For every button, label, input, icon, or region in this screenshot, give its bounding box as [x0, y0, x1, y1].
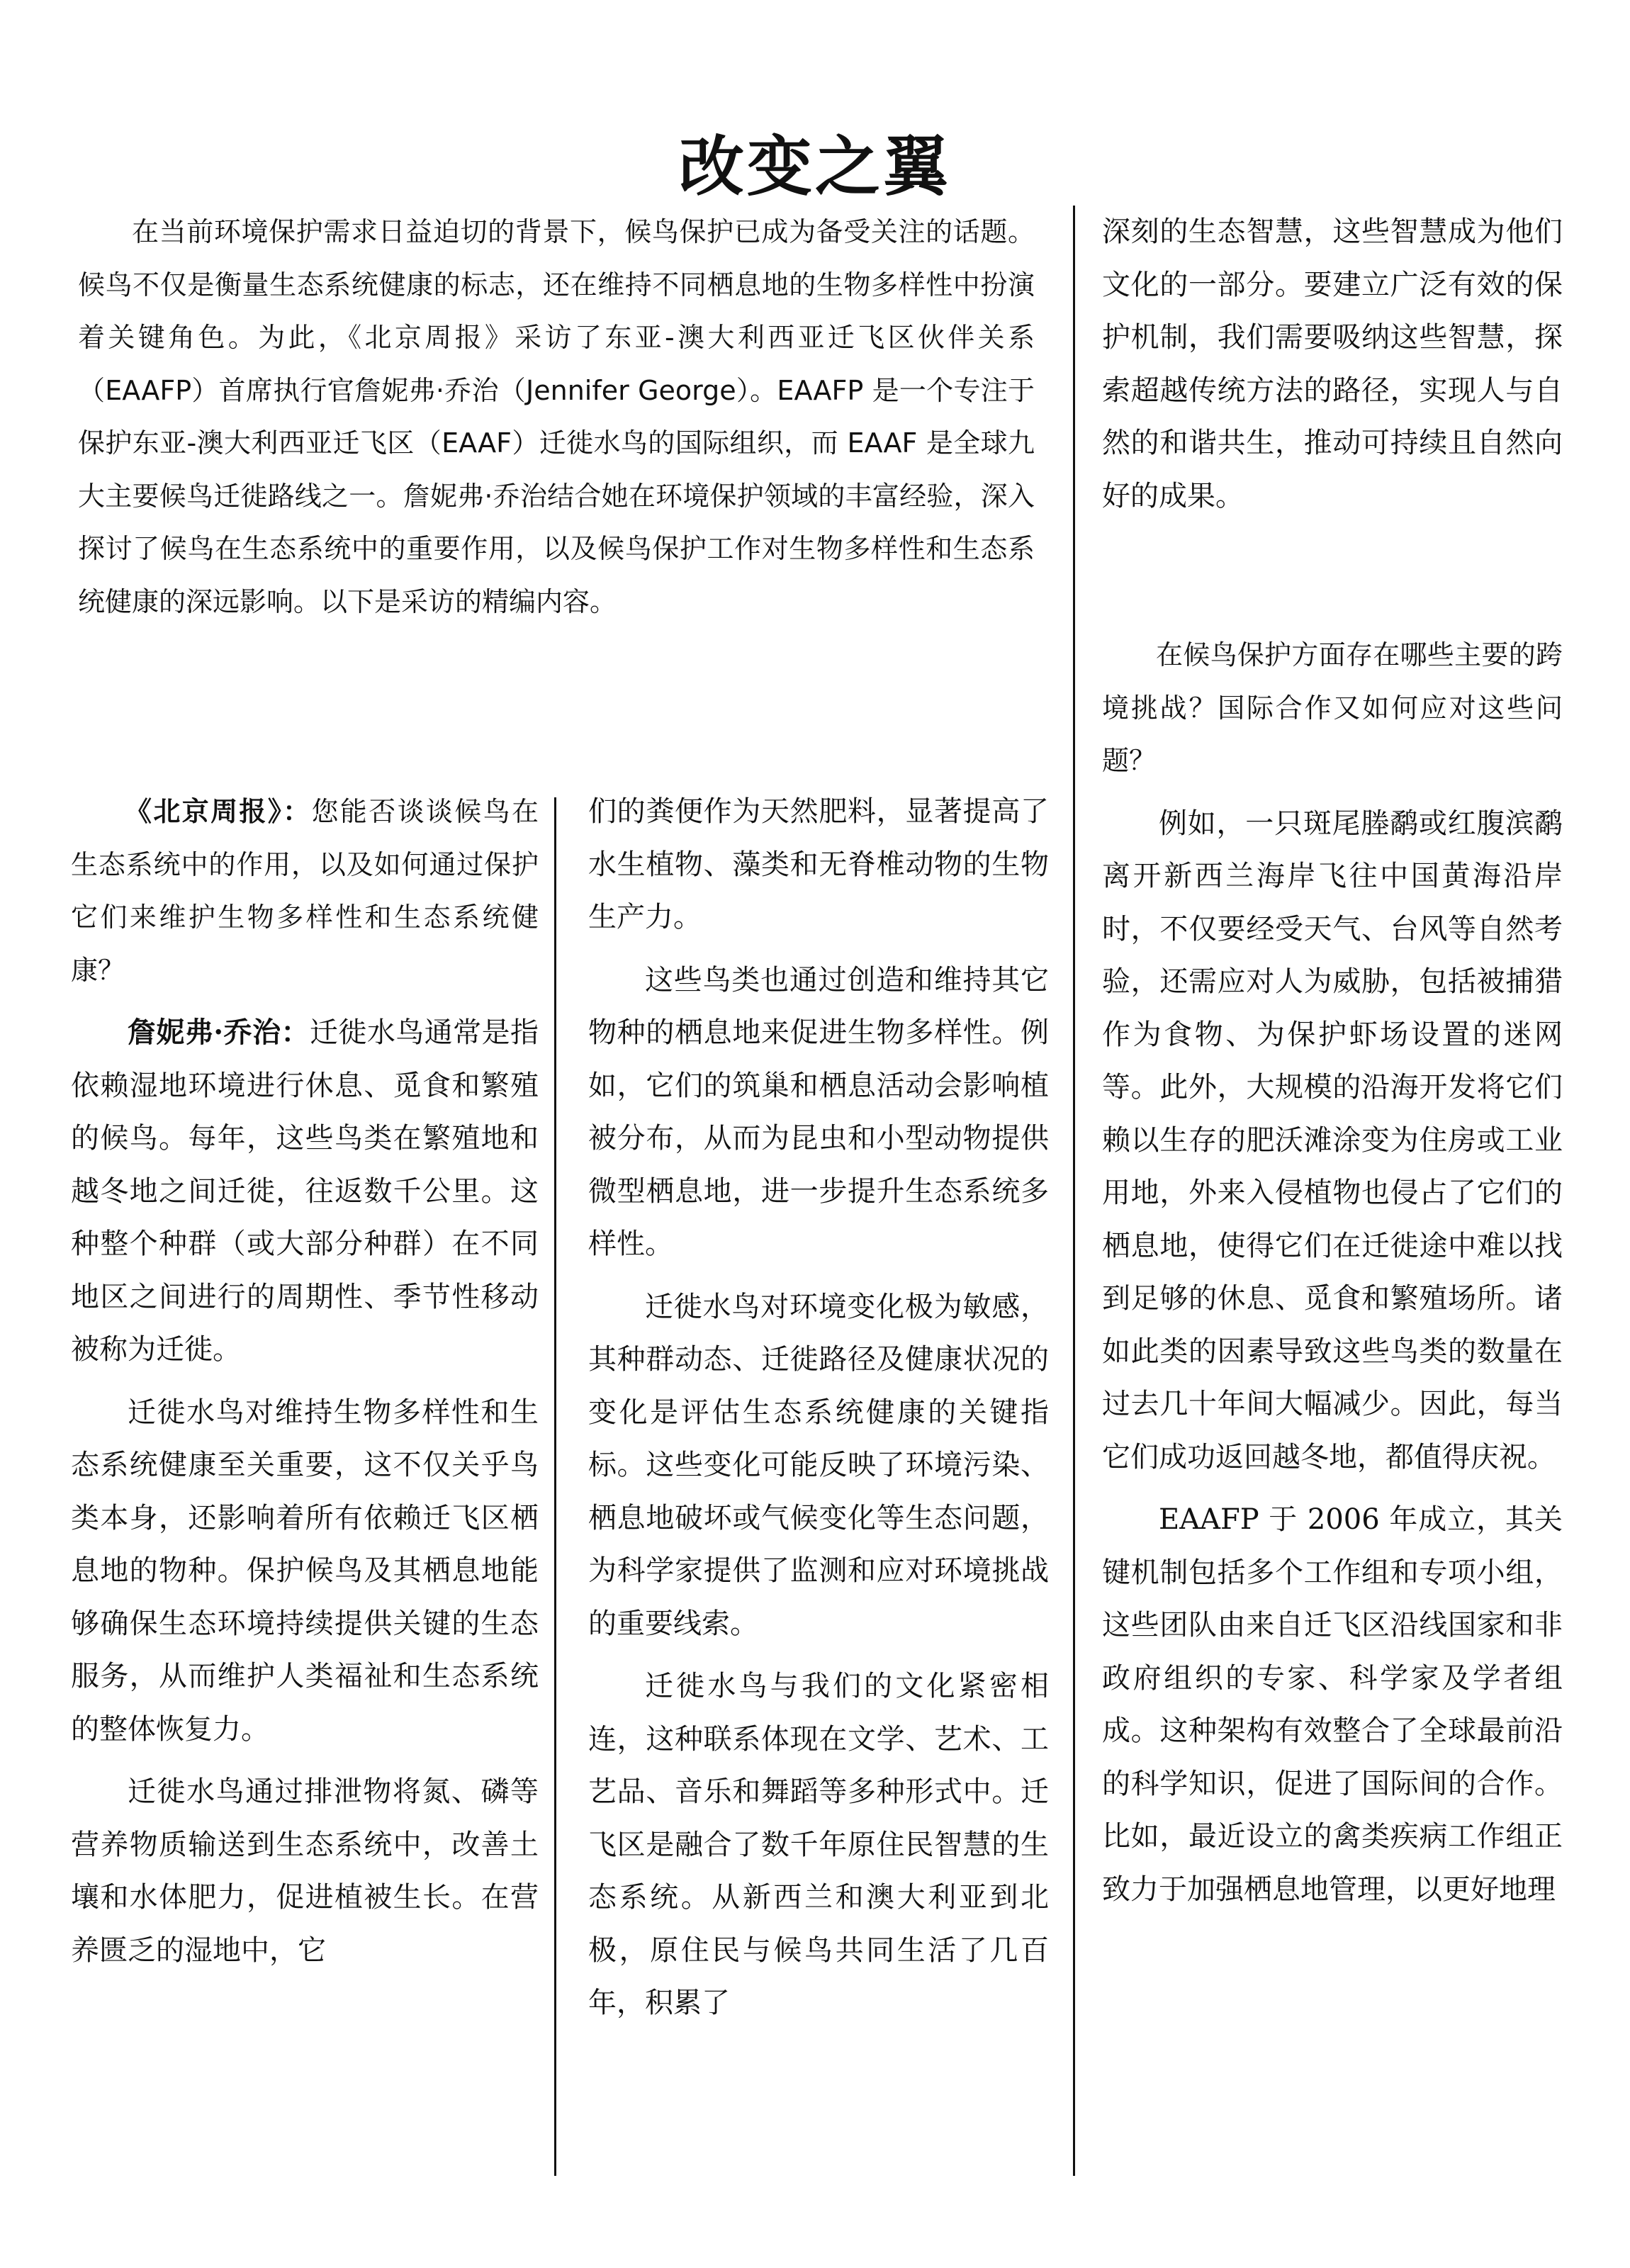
paragraph: 迁徙水鸟对环境变化极为敏感，其种群动态、迁徙路径及健康状况的变化是评估生态系统健…: [588, 1281, 1049, 1651]
question-speaker: 《北京周报》：: [125, 796, 312, 827]
paragraph: 迁徙水鸟对维持生物多样性和生态系统健康至关重要，这不仅关乎鸟类本身，还影响着所有…: [71, 1386, 539, 1756]
answer-text: 迁徙水鸟通常是指依赖湿地环境进行休息、觅食和繁殖的候鸟。每年，这些鸟类在繁殖地和…: [71, 1016, 539, 1366]
column-divider-left: [554, 797, 556, 2176]
answer-1: 詹妮弗·乔治：迁徙水鸟通常是指依赖湿地环境进行休息、觅食和繁殖的候鸟。每年，这些…: [71, 1006, 539, 1376]
paragraph: 迁徙水鸟与我们的文化紧密相连，这种联系体现在文学、艺术、工艺品、音乐和舞蹈等多种…: [588, 1660, 1049, 2030]
question-1: 《北京周报》：您能否谈谈候鸟在生态系统中的作用，以及如何通过保护它们来维护生物多…: [71, 785, 539, 997]
intro-column: 在当前环境保护需求日益迫切的背景下，候鸟保护已成为备受关注的话题。候鸟不仅是衡量…: [78, 206, 1035, 628]
paragraph: 迁徙水鸟通过排泄物将氮、磷等营养物质输送到生态系统中，改善土壤和水体肥力，促进植…: [71, 1765, 539, 1977]
column-divider-right: [1073, 206, 1075, 2176]
intro-paragraph: 在当前环境保护需求日益迫切的背景下，候鸟保护已成为备受关注的话题。候鸟不仅是衡量…: [78, 206, 1035, 628]
article-title: 改变之翼: [0, 128, 1630, 206]
paragraph-continuation: 深刻的生态智慧，这些智慧成为他们文化的一部分。要建立广泛有效的保护机制，我们需要…: [1102, 206, 1563, 522]
paragraph: EAAFP 于 2006 年成立，其关键机制包括多个工作组和专项小组，这些团队由…: [1102, 1493, 1563, 1916]
answer-speaker: 詹妮弗·乔治：: [128, 1016, 310, 1049]
paragraph-continuation: 们的粪便作为天然肥料，显著提高了水生植物、藻类和无脊椎动物的生物生产力。: [588, 785, 1049, 944]
body-column-1: 《北京周报》：您能否谈谈候鸟在生态系统中的作用，以及如何通过保护它们来维护生物多…: [71, 785, 539, 1977]
body-column-3: 深刻的生态智慧，这些智慧成为他们文化的一部分。要建立广泛有效的保护机制，我们需要…: [1102, 206, 1563, 1916]
question-2: 在候鸟保护方面存在哪些主要的跨境挑战？国际合作又如何应对这些问题？: [1102, 629, 1563, 787]
paragraph: 这些鸟类也通过创造和维持其它物种的栖息地来促进生物多样性。例如，它们的筑巢和栖息…: [588, 954, 1049, 1271]
body-column-2: 们的粪便作为天然肥料，显著提高了水生植物、藻类和无脊椎动物的生物生产力。 这些鸟…: [588, 785, 1049, 2030]
paragraph: 例如，一只斑尾塍鹬或红腹滨鹬离开新西兰海岸飞往中国黄海沿岸时，不仅要经受天气、台…: [1102, 797, 1563, 1484]
